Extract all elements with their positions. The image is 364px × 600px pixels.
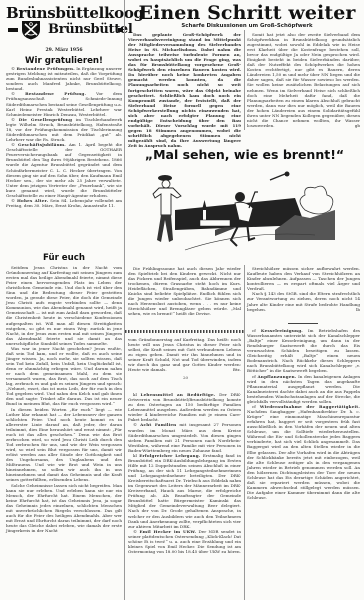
fuer-euch-heading: Für euch xyxy=(6,253,122,263)
article-paragraph: In diesen beiden Worten „für euch“ liegt… xyxy=(6,407,122,483)
news-item: cf Anpflanzungen. In den kanaleigenen An… xyxy=(247,374,360,404)
fire-headline: „Mal sehen, wie es brennt!“ xyxy=(125,147,364,162)
article-paragraph: Nach § 143 des StGB. sind die Eltern str… xyxy=(247,291,360,311)
main-headline: Einen Schritt weiter xyxy=(130,2,364,24)
news-item: © Die Gesellenprüfung im Tischlerhandwer… xyxy=(6,117,122,142)
masthead-bar-left xyxy=(8,28,18,32)
gratulation-items: © Bestandene Prüfungen. In Ergänzung uns… xyxy=(6,66,122,208)
main-article-col2: Somit hat jetzt also der zweite Sielverb… xyxy=(247,32,360,128)
news-item: © Acht Familien mit insgesamt 27 Persone… xyxy=(128,422,241,452)
news-item: © Bestandene Prüfungen. In Ergänzung uns… xyxy=(6,66,122,91)
section-divider xyxy=(288,323,318,324)
local-news-middle: kl Lebensmittel an Bedürftige. Der DRK-O… xyxy=(128,392,241,554)
news-item: © Emil Hecker im UKW. Der NDR sendet in … xyxy=(128,529,241,554)
news-item: kl Lebensmittel an Bedürftige. Der DRK-O… xyxy=(128,392,241,422)
news-item: © Bestandene Prüfung. Vor dem Prüfungsau… xyxy=(6,91,122,116)
masthead-title-line2-row: Brünsbüttel xyxy=(6,20,122,40)
author-signature: gb xyxy=(350,123,360,128)
column-divider xyxy=(124,0,125,600)
article-paragraph: Die Frühlingssonne hat auch diesen Jahr … xyxy=(128,266,241,316)
news-item: cf Kesselreinigung. Im Betriebshafen des… xyxy=(247,328,360,373)
article-paragraph: Solche Geheimnisse lassen sich nicht beg… xyxy=(6,483,122,533)
article-paragraph: Somit hat jetzt also der zweite Sielverb… xyxy=(247,32,360,128)
article-paragraph: vom Gründonnerstag auf Karfreitag. Das h… xyxy=(128,337,241,372)
fuer-euch-continuation: vom Gründonnerstag auf Karfreitag. Das h… xyxy=(128,337,241,372)
page-number: 20 xyxy=(183,375,188,380)
local-news-right: cf Kesselreinigung. Im Betriebshafen des… xyxy=(247,328,360,500)
cartoon-boy-throwing-match-policeman-icon xyxy=(145,170,345,260)
news-item: © Geschäftsjubiläum. Am 1. April begeht … xyxy=(6,142,122,198)
article-paragraph: Streichhölzer müssen sicher aufbewahrt w… xyxy=(247,266,360,291)
author-signature: lb xyxy=(351,307,360,312)
anchor-crest-icon xyxy=(20,20,42,40)
main-article-col1: Das geplante Groß-Schöpfwerk der Vierver… xyxy=(128,32,241,148)
decorative-wave-divider xyxy=(125,330,245,333)
news-item: cf Wiederaufnahme der Baggertätigkeit. N… xyxy=(247,404,360,500)
fuer-euch-article: Seitdem Jesus Christus in der Nacht vom … xyxy=(6,265,122,533)
author-signature: Btz. xyxy=(233,367,241,372)
issue-date: 29. März 1956 xyxy=(6,48,122,53)
article-paragraph: Was war in jener Nacht geschehen? Jesus … xyxy=(6,346,122,407)
main-subheadline: Scharfe Diskussionen um Groß-Schöpfwerk xyxy=(130,23,364,29)
column-divider xyxy=(244,265,245,600)
news-item: © Hohes Alter. Sein 84. Lebensjahr volle… xyxy=(6,198,122,208)
article-paragraph: Seitdem Jesus Christus in der Nacht vom … xyxy=(6,265,122,346)
fire-article-col1: Die Frühlingssonne hat auch diesen Jahr … xyxy=(128,266,241,316)
fire-article-col2: Streichhölzer müssen sicher aufbewahrt w… xyxy=(247,266,360,312)
news-item: kl Erfolgreicher Lehrgang. Erstmalig fan… xyxy=(128,453,241,529)
article-paragraph: Das geplante Groß-Schöpfwerk der Vierver… xyxy=(128,32,241,148)
wir-gratulieren-heading: Wir gratulieren! xyxy=(6,56,122,66)
masthead-bar-right xyxy=(118,28,123,32)
column-divider xyxy=(244,30,245,130)
